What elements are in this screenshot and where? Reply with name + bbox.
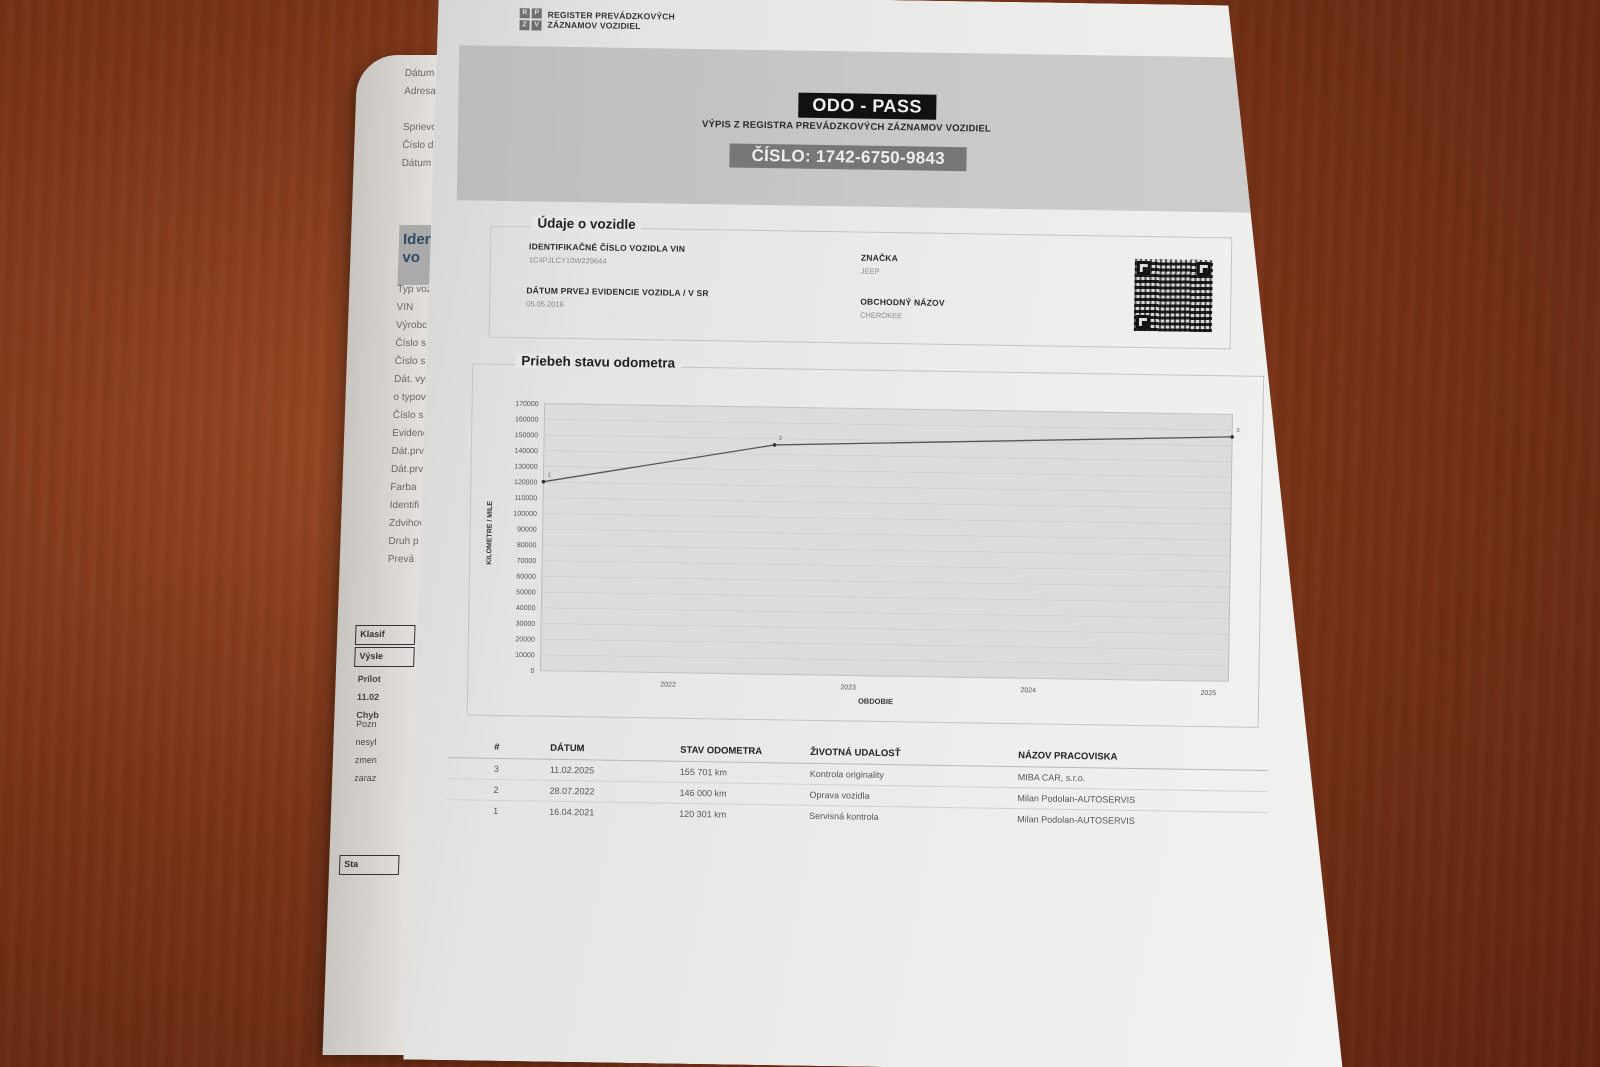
cell-event: Oprava vozidla — [809, 790, 1017, 803]
cell-index: 1 — [447, 805, 549, 817]
y-tick-label: 10000 — [515, 652, 535, 659]
back-sheet-fragment: Prevá — [388, 551, 425, 569]
odo-pass-document: R P Z V REGISTER PREVÁDZKOVÝCH ZÁZNAMOV … — [403, 0, 1360, 1067]
cell-index: 3 — [448, 763, 550, 775]
cell-workshop: Milan Podolan-AUTOSERVIS — [1017, 814, 1217, 827]
back-sheet-box-classification: Klasif — [355, 625, 416, 645]
cell-event: Kontrola originality — [810, 769, 1018, 782]
y-tick-label: 40000 — [516, 605, 536, 612]
qr-finder — [1197, 262, 1211, 276]
y-tick-label: 160000 — [515, 416, 539, 423]
header-index: # — [448, 741, 550, 754]
x-tick-label: 2022 — [660, 681, 676, 688]
cell-date: 11.02.2025 — [550, 765, 680, 777]
back-sheet-fragment: Výrobc — [396, 317, 433, 335]
y-tick-label: 20000 — [515, 636, 535, 643]
document-title: ODO - PASS — [798, 93, 936, 120]
cell-event: Servisná kontrola — [809, 811, 1017, 824]
back-sheet-fragment: VIN — [396, 299, 433, 317]
qr-finder — [1136, 315, 1150, 329]
data-point-label: 3 — [1236, 428, 1240, 434]
rpzv-logo: R P Z V REGISTER PREVÁDZKOVÝCH ZÁZNAMOV … — [519, 8, 675, 32]
back-sheet-fragment: Dát.prv — [391, 461, 428, 479]
y-tick-label: 140000 — [514, 448, 538, 455]
back-sheet-fragment: Identifi — [389, 497, 426, 515]
y-tick-label: 70000 — [517, 558, 537, 565]
x-tick-label: 2025 — [1200, 690, 1216, 697]
model-value: CHEROKEE — [860, 311, 902, 321]
x-axis-title: OBDOBIE — [858, 697, 893, 707]
cell-odometer: 146 000 km — [679, 788, 809, 800]
logo-letter: V — [531, 20, 541, 30]
first-registration-value: 05.05.2016 — [526, 299, 564, 309]
y-tick-label: 100000 — [513, 511, 537, 518]
y-tick-label: 120000 — [514, 479, 538, 486]
logo-letter: R — [520, 8, 530, 18]
back-sheet-fragment: o typov — [393, 389, 430, 407]
back-sheet-fragment: Druh p — [388, 533, 425, 551]
x-tick-label: 2024 — [1020, 687, 1036, 694]
cell-workshop: MIBA CAR, s.r.o. — [1018, 772, 1218, 785]
model-label: OBCHODNÝ NÁZOV — [860, 297, 945, 308]
header-date: DÁTUM — [550, 742, 680, 755]
y-axis-title: KILOMETRE / MILE — [486, 501, 494, 565]
header-event: ŽIVOTNÁ UDALOSŤ — [810, 746, 1018, 760]
rpzv-logo-mark: R P Z V — [519, 8, 541, 30]
back-sheet-fragment: Zdvihov — [389, 515, 426, 533]
y-tick-label: 60000 — [516, 573, 536, 580]
back-sheet-fragment: Číslo s — [394, 353, 431, 371]
back-sheet-footer-box: Sta — [339, 855, 400, 875]
first-registration-label: DÁTUM PRVEJ EVIDENCIE VOZIDLA / V SR — [526, 285, 709, 298]
x-tick-label: 2023 — [840, 684, 856, 691]
logo-line-2: ZÁZNAMOV VOZIDIEL — [547, 20, 674, 32]
back-sheet-fragment: Číslo s — [395, 335, 432, 353]
document-number: ČÍSLO: 1742-6750-9843 — [729, 144, 967, 172]
y-tick-label: 90000 — [517, 526, 537, 533]
odometer-line-chart: 0100002000030000400005000060000700008000… — [468, 364, 1263, 726]
back-sheet-fragment: Farba — [390, 479, 427, 497]
brand-label: ZNAČKA — [861, 253, 898, 264]
odometer-history-table: # DÁTUM STAV ODOMETRA ŽIVOTNÁ UDALOSŤ NÁ… — [447, 735, 1268, 833]
back-sheet-box-result: Výsle — [354, 647, 415, 667]
vin-value: 1C4PJLCY10W229644 — [529, 255, 607, 265]
qr-code-icon — [1134, 259, 1213, 332]
y-tick-label: 110000 — [514, 495, 537, 502]
cell-odometer: 155 701 km — [680, 767, 810, 779]
logo-letter: P — [532, 8, 542, 18]
rpzv-logo-text: REGISTER PREVÁDZKOVÝCH ZÁZNAMOV VOZIDIEL — [547, 10, 675, 32]
qr-finder — [1137, 261, 1151, 275]
cell-index: 2 — [447, 784, 549, 796]
y-tick-label: 80000 — [517, 542, 537, 549]
plot-area — [540, 404, 1232, 682]
header-odometer: STAV ODOMETRA — [680, 744, 810, 757]
cell-date: 16.04.2021 — [549, 807, 679, 819]
y-tick-label: 30000 — [516, 621, 536, 628]
y-tick-label: 170000 — [515, 401, 539, 408]
cell-workshop: Milan Podolan-AUTOSERVIS — [1017, 793, 1217, 806]
vehicle-section-title: Údaje o vozidle — [531, 215, 642, 232]
cell-odometer: 120 301 km — [679, 809, 809, 821]
y-tick-label: 150000 — [515, 432, 539, 439]
odometer-chart-section: Priebeh stavu odometra 01000020000300004… — [467, 363, 1264, 727]
header-workshop: NÁZOV PRACOVISKA — [1018, 750, 1218, 764]
vehicle-info-section: Údaje o vozidle IDENTIFIKAČNÉ ČÍSLO VOZI… — [489, 226, 1233, 350]
back-sheet-note-2: Pozn nesyl zmen zaraz — [354, 715, 397, 787]
y-tick-label: 130000 — [514, 463, 538, 470]
brand-value: JEEP — [861, 267, 880, 276]
y-tick-label: 50000 — [516, 589, 536, 596]
vin-label: IDENTIFIKAČNÉ ČÍSLO VOZIDLA VIN — [529, 241, 685, 253]
back-sheet-fragment: Dát. vyd — [394, 371, 431, 389]
logo-letter: Z — [519, 20, 529, 30]
back-sheet-fragment: Dát.prv — [391, 443, 428, 461]
back-sheet-fragment: Evidenc — [392, 425, 429, 443]
y-tick-label: 0 — [530, 668, 534, 675]
back-sheet-fragment: Číslo s — [393, 407, 430, 425]
cell-date: 28.07.2022 — [549, 786, 679, 798]
